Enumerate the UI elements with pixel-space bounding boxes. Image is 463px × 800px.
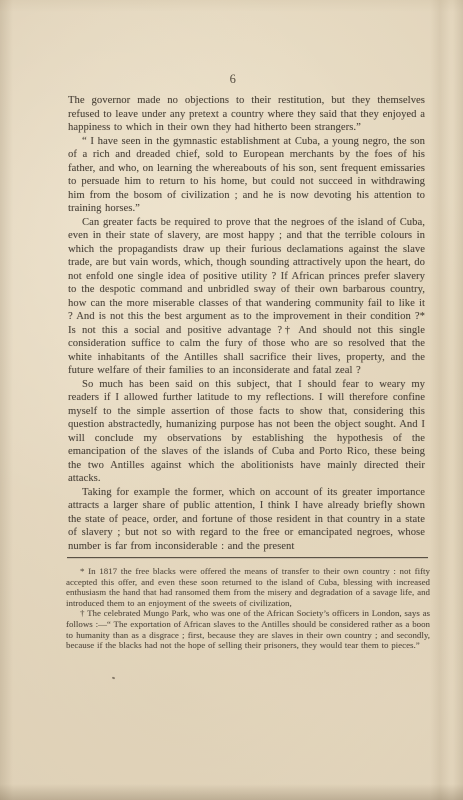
footnote-separator-rule [67, 557, 428, 558]
ink-speck [112, 677, 116, 680]
paragraph-restitution: The governor made no objections to their… [68, 94, 425, 135]
paragraph-taking-for-example: Taking for example the former, which on … [68, 486, 425, 554]
footnote-asterisk: * In 1817 the free blacks were offered t… [66, 566, 430, 608]
footnotes: * In 1817 the free blacks were offered t… [66, 566, 430, 651]
paragraph-can-greater-facts: Can greater facts be required to prove t… [68, 216, 425, 378]
paragraph-gymnastic-quote: “ I have seen in the gymnastic establish… [68, 135, 425, 216]
paragraph-so-much-said: So much has been said on this subject, t… [68, 378, 425, 486]
body-text: The governor made no objections to their… [68, 94, 425, 553]
footnote-dagger: † The celebrated Mungo Park, who was one… [66, 608, 430, 650]
scanned-book-page: 6 The governor made no objections to the… [0, 0, 463, 800]
page-number: 6 [0, 72, 463, 87]
